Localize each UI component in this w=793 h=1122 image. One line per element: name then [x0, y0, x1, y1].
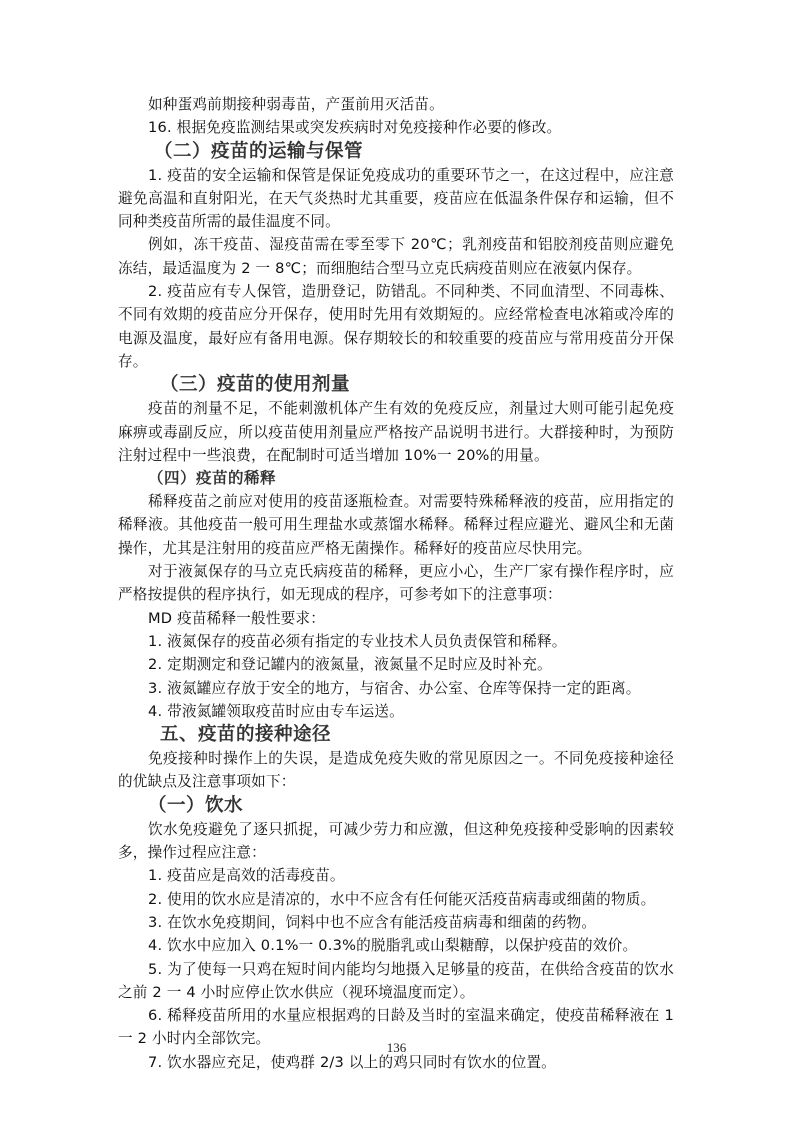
list-item: 3. 液氮罐应存放于安全的地方，与宿舍、办公室、仓库等保持一定的距离。 — [118, 677, 674, 700]
paragraph-md-dilution: 对于液氮保存的马立克氏病疫苗的稀释，更应小心，生产厂家有操作程序时，应严格按提供… — [118, 560, 674, 607]
list-item: 2. 定期测定和登记罐内的液氮量，液氮量不足时应及时补充。 — [118, 653, 674, 676]
paragraph-routes-intro: 免疫接种时操作上的失误，是造成免疫失败的常见原因之一。不同免疫接种途径的优缺点及… — [118, 747, 674, 794]
heading-drinking-water: （一）饮水 — [118, 794, 674, 818]
heading-vaccine-transport-storage: （二）疫苗的运输与保管 — [118, 140, 674, 164]
document-page: 如种蛋鸡前期接种弱毒苗，产蛋前用灭活苗。 16. 根据免疫监测结果或突发疾病时对… — [118, 93, 674, 1074]
paragraph-drinking-water-intro: 饮水免疫避免了逐只抓捉，可减少劳力和应激，但这种免疫接种受影响的因素较多，操作过… — [118, 818, 674, 865]
heading-vaccine-dosage: （三）疫苗的使用剂量 — [118, 373, 674, 397]
paragraph-egg-breeder: 如种蛋鸡前期接种弱毒苗，产蛋前用灭活苗。 — [118, 93, 674, 116]
heading-vaccine-dilution: （四）疫苗的稀释 — [118, 467, 674, 490]
paragraph-example-temperature: 例如，冻干疫苗、湿疫苗需在零至零下 20℃；乳剂疫苗和铝胶剂疫苗则应避免冻结，最… — [118, 233, 674, 280]
paragraph-item-16: 16. 根据免疫监测结果或突发疾病时对免疫接种作必要的修改。 — [118, 116, 674, 139]
page-number: 136 — [0, 1040, 793, 1056]
paragraph-storage-2: 2. 疫苗应有专人保管，造册登记，防错乱。不同种类、不同血清型、不同毒株、不同有… — [118, 280, 674, 373]
list-heading-md-requirements: MD 疫苗稀释一般性要求： — [118, 607, 674, 630]
list-item: 1. 疫苗应是高效的活毒疫苗。 — [118, 864, 674, 887]
paragraph-dilution: 稀释疫苗之前应对使用的疫苗逐瓶检查。对需要特殊稀释液的疫苗，应用指定的稀释液。其… — [118, 490, 674, 560]
paragraph-dosage: 疫苗的剂量不足，不能刺激机体产生有效的免疫反应，剂量过大则可能引起免疫麻痹或毒副… — [118, 397, 674, 467]
list-item: 4. 带液氮罐领取疫苗时应由专车运送。 — [118, 700, 674, 723]
list-item: 3. 在饮水免疫期间，饲料中也不应含有能活疫苗病毒和细菌的药物。 — [118, 911, 674, 934]
heading-vaccination-routes: 五、疫苗的接种途径 — [118, 723, 674, 747]
paragraph-transport-1: 1. 疫苗的安全运输和保管是保证免疫成功的重要环节之一，在这过程中，应注意避免高… — [118, 164, 674, 234]
list-item: 2. 使用的饮水应是清凉的，水中不应含有任何能灭活疫苗病毒或细菌的物质。 — [118, 888, 674, 911]
list-item: 1. 液氮保存的疫苗必须有指定的专业技术人员负责保管和稀释。 — [118, 630, 674, 653]
list-item: 4. 饮水中应加入 0.1%一 0.3%的脱脂乳或山梨糖醇，以保护疫苗的效价。 — [118, 934, 674, 957]
list-item: 5. 为了使每一只鸡在短时间内能均匀地摄入足够量的疫苗，在供给含疫苗的饮水之前 … — [118, 958, 674, 1005]
